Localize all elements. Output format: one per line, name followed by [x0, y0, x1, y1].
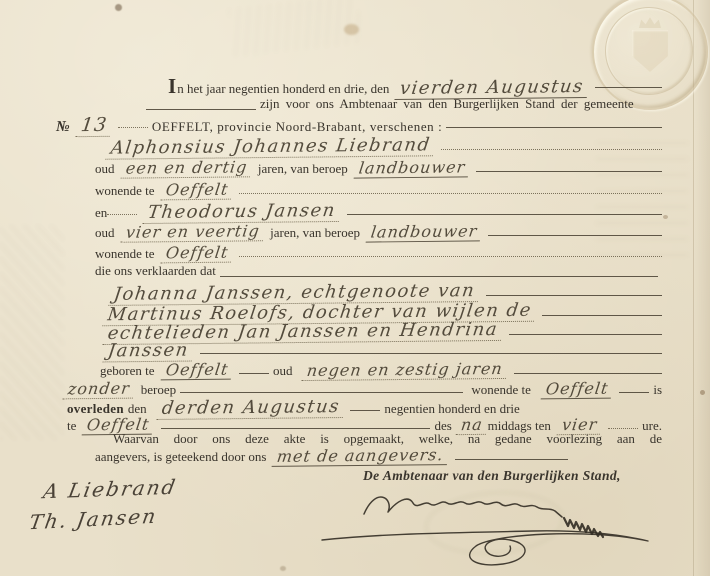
blank-line [542, 315, 662, 316]
declarant2-name-line: en Theodorus Jansen [95, 201, 662, 219]
death-place-label: te [67, 418, 76, 434]
blank-line [239, 256, 662, 257]
blank-line [441, 149, 662, 150]
declaration-label-line: die ons verklaarden dat [95, 263, 662, 281]
is-label: is [653, 382, 662, 398]
blank-line [239, 373, 269, 374]
intro-printed-text: zijn voor ons Ambtenaar van den Burgerli… [260, 96, 634, 112]
closing-line-2: aangevers, is geteekend door ons met de … [95, 446, 568, 464]
declarant1-age-handwritten: een en dertig [120, 157, 252, 178]
blank-line [161, 428, 431, 429]
blank-line [350, 410, 380, 411]
closing-printed-text-1: Waarvan door ons deze akte is opgemaakt,… [113, 431, 662, 447]
deceased-age-handwritten: negen en zestig jaren [302, 359, 509, 381]
age-label: oud [95, 161, 115, 177]
blank-line [118, 127, 148, 128]
blank-line [220, 276, 658, 277]
record-number-line: № 13 OEFFELT, provincie Noord-Brabant, v… [56, 114, 662, 132]
blank-line [514, 373, 662, 374]
deceased-statement-line-3: echtelieden Jan Janssen en Hendrina [97, 321, 662, 339]
blank-line [239, 193, 662, 194]
record-number-handwritten: 13 [75, 114, 112, 137]
declarant2-residence-handwritten: Oeffelt [160, 243, 233, 264]
blank-line [608, 428, 638, 429]
blank-line [347, 214, 662, 215]
blank-line [446, 127, 662, 128]
municipality-printed-text: OEFFELT, provincie Noord-Brabant, versch… [152, 119, 442, 135]
declarant2-age-handwritten: vier en veertig [120, 221, 264, 242]
declarant2-age-line: oud vier en veertig jaren, van beroep la… [95, 222, 662, 240]
blank-line [486, 295, 662, 296]
born-label: geboren te [100, 363, 155, 379]
paper-stain [115, 4, 122, 11]
paper-stain [663, 215, 668, 219]
paper-stain [280, 566, 286, 571]
occupation-label: beroep [141, 382, 176, 398]
deceased-statement-line-2: Martinus Roelofs, dochter van wijlen de [97, 302, 662, 320]
closing-printed-text-2: aangevers, is geteekend door ons [95, 449, 266, 465]
official-signature [318, 478, 663, 570]
blank-line [509, 334, 662, 335]
death-date-line: overleden den derden Augustus negentien … [67, 397, 662, 415]
paper-stain [344, 24, 359, 35]
embossed-seal [592, 0, 708, 110]
conjunction-label: en [95, 205, 107, 221]
blank-line [200, 353, 662, 354]
declarant1-name-line: Alphonsius Johannes Liebrand [100, 136, 662, 154]
declarant1-age-line: oud een en dertig jaren, van beroep land… [95, 158, 662, 176]
declarant1-name-handwritten: Alphonsius Johannes Liebrand [105, 134, 436, 159]
occupation-label: jaren, van beroep [270, 225, 360, 241]
blank-line [488, 235, 662, 236]
declarant1-signature: A Liebrand [41, 475, 178, 504]
declarant1-residence-line: wonende te Oeffelt [95, 180, 662, 198]
residence-label: wonende te [95, 183, 155, 199]
age-label: oud [273, 363, 293, 379]
declarant2-occupation-handwritten: landbouwer [366, 221, 483, 242]
birthplace-handwritten: Oeffelt [160, 360, 233, 381]
blank-line [180, 392, 463, 393]
declaration-label: die ons verklaarden dat [95, 263, 216, 279]
blank-line [595, 87, 662, 88]
deceased-statement-line-1: Johanna Janssen, echtgenoote van [103, 282, 662, 300]
blank-line [107, 214, 137, 215]
declarant2-signature: Th. Jansen [27, 504, 159, 535]
closing-handwritten: met de aangevers. [272, 445, 449, 467]
death-certificate-scan: In het jaar negentien honderd en drie, d… [0, 0, 710, 576]
deceased-occupation-line: zonder beroep wonende te Oeffelt is [64, 379, 666, 397]
declarant2-residence-line: wonende te Oeffelt [95, 243, 662, 261]
intro-line-2: zijn voor ons Ambtenaar van den Burgerli… [146, 96, 662, 114]
intro-line-1: In het jaar negentien honderd en drie, d… [168, 74, 662, 92]
blank-line [146, 109, 256, 110]
deceased-birth-line: geboren te Oeffelt oud negen en zestig j… [100, 360, 662, 378]
blank-line [455, 459, 568, 460]
blank-line [619, 392, 649, 393]
declarant1-residence-handwritten: Oeffelt [160, 180, 233, 201]
blank-line [476, 171, 662, 172]
residence-label: wonende te [471, 382, 531, 398]
occupation-label: jaren, van beroep [258, 161, 348, 177]
record-number-label: № [56, 119, 70, 136]
deceased-statement-line-4: Janssen [97, 340, 662, 358]
bleedthrough-smudge [0, 225, 64, 440]
age-label: oud [95, 225, 115, 241]
declarant1-occupation-handwritten: landbouwer [353, 157, 470, 178]
residence-label: wonende te [95, 246, 155, 262]
declarant2-name-handwritten: Theodorus Jansen [143, 200, 342, 224]
bleedthrough-smudge [228, 0, 362, 57]
